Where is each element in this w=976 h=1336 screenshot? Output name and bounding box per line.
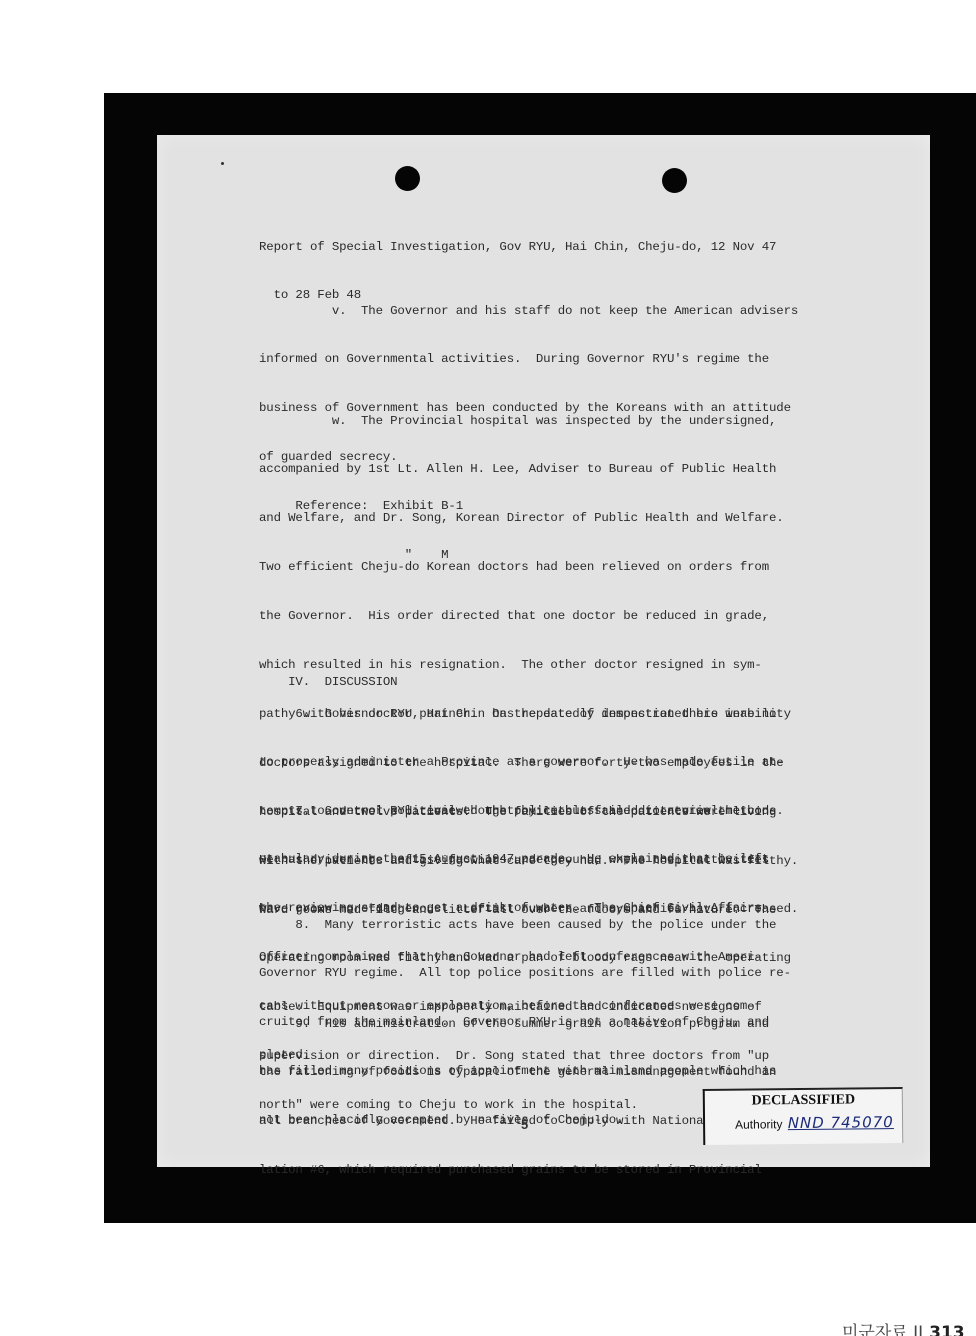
text-line: 9. His administration of the summer grai… (259, 1016, 869, 1032)
text-line: 6. Governor RYU, Hai Chin has repeatedly… (259, 706, 869, 722)
text-line: stabulary during the 15 August 1947 para… (259, 851, 869, 867)
text-line: 8. Many terroristic acts have been cause… (259, 917, 869, 933)
text-line: the rationing of foods is typical of the… (259, 1064, 869, 1080)
book-page-number: 313 (929, 1323, 965, 1336)
punch-hole-right (662, 168, 687, 193)
text-line: to properly administer a Province as a g… (259, 754, 869, 770)
text-line: Governor RYU regime. All top police posi… (259, 965, 869, 981)
text-line: and Welfare, and Dr. Song, Korean Direct… (259, 510, 869, 526)
stamp-authority: Authority NND 745070 (735, 1113, 894, 1133)
header-line: Report of Special Investigation, Gov RYU… (259, 239, 869, 255)
text-line: w. The Provincial hospital was inspected… (259, 413, 869, 429)
book-footer-label: 미군자료 II (842, 1323, 923, 1336)
stamp-authority-value: NND 745070 (788, 1113, 894, 1132)
text-line: informed on Governmental activities. Dur… (259, 351, 869, 367)
book-footer: 미군자료 II313 (842, 1318, 965, 1336)
text-line: the Governor. His order directed that on… (259, 608, 869, 624)
stamp-authority-label: Authority (735, 1117, 783, 1131)
stamp-title: DECLASSIFIED (705, 1092, 902, 1110)
declassified-stamp: DECLASSIFIED Authority NND 745070 (703, 1087, 904, 1145)
punch-hole-left (395, 166, 420, 191)
text-line: Two efficient Cheju-do Korean doctors ha… (259, 559, 869, 575)
text-line: accompanied by 1st Lt. Allen H. Lee, Adv… (259, 461, 869, 477)
page-number: 5 (521, 1117, 528, 1132)
text-line: v. The Governor and his staff do not kee… (259, 303, 869, 319)
paper-speck (221, 162, 224, 165)
text-line: lation #6, which required purchased grai… (259, 1162, 869, 1178)
text-line: 7. Governor RYU reviewed the police but … (259, 803, 869, 819)
